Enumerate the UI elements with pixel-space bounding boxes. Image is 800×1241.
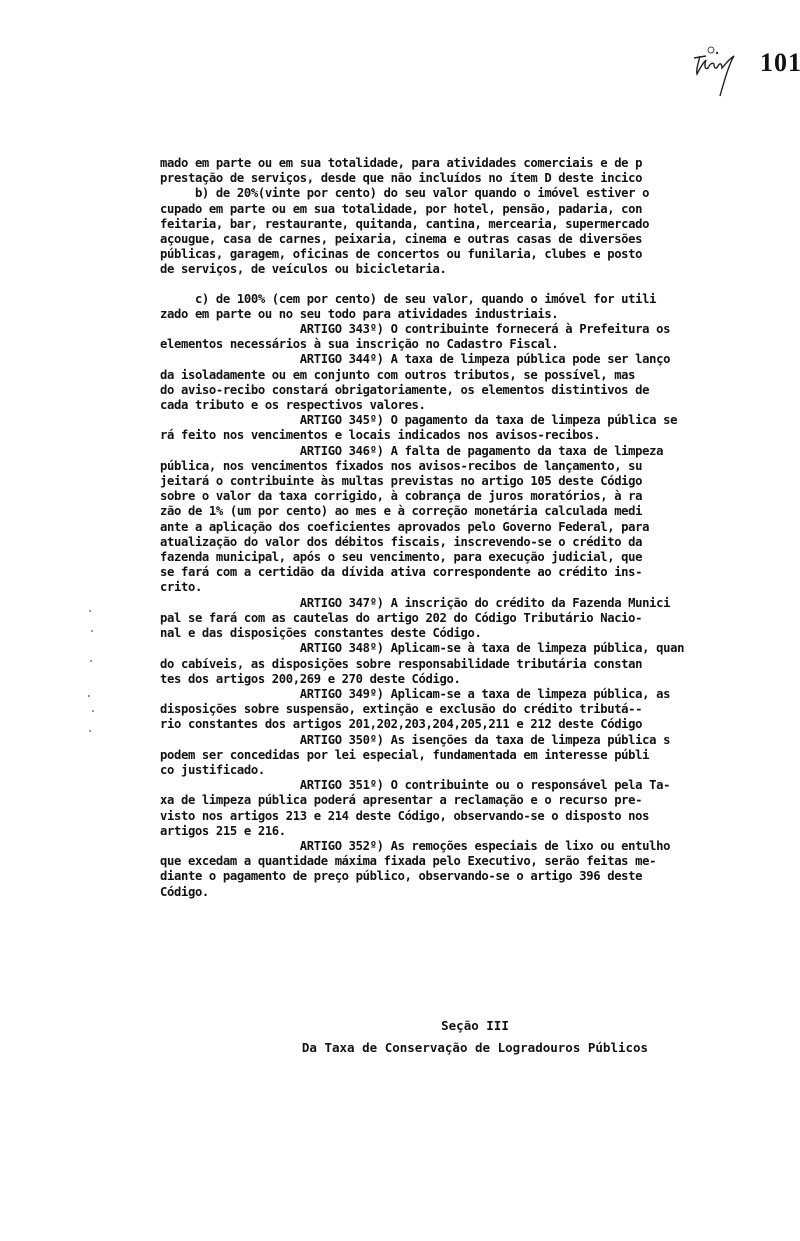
- text-line: elementos necessários à sua inscrição no…: [160, 337, 790, 352]
- text-line: prestação de serviços, desde que não inc…: [160, 171, 790, 186]
- text-line: ARTIGO 348º) Aplicam-se à taxa de limpez…: [160, 641, 790, 656]
- text-line: da isoladamente ou em conjunto com outro…: [160, 368, 790, 383]
- text-line: do aviso-recibo constará obrigatoriament…: [160, 383, 790, 398]
- text-line: fazenda municipal, após o seu vencimento…: [160, 550, 790, 565]
- text-line: ARTIGO 350º) As isenções da taxa de limp…: [160, 733, 790, 748]
- paragraph-gap: [160, 278, 790, 292]
- text-line: ARTIGO 352º) As remoções especiais de li…: [160, 839, 790, 854]
- text-line: ARTIGO 344º) A taxa de limpeza pública p…: [160, 352, 790, 367]
- text-line: ante a aplicação dos coeficientes aprova…: [160, 520, 790, 535]
- text-line: de serviços, de veículos ou bicicletaria…: [160, 262, 790, 277]
- signature-mark-icon: [690, 40, 750, 100]
- text-line: sobre o valor da taxa corrigido, à cobra…: [160, 489, 790, 504]
- text-line: tes dos artigos 200,269 e 270 deste Códi…: [160, 672, 790, 687]
- text-line: atualização do valor dos débitos fiscais…: [160, 535, 790, 550]
- page-number-block: 101: [690, 40, 800, 100]
- text-line: xa de limpeza pública poderá apresentar …: [160, 793, 790, 808]
- text-line: públicas, garagem, oficinas de concertos…: [160, 247, 790, 262]
- text-line: ARTIGO 351º) O contribuinte ou o respons…: [160, 778, 790, 793]
- text-line: disposições sobre suspensão, extinção e …: [160, 702, 790, 717]
- text-line: Código.: [160, 885, 790, 900]
- page-number: 101: [760, 48, 800, 78]
- text-line: co justificado.: [160, 763, 790, 778]
- text-line: zado em parte ou no seu todo para ativid…: [160, 307, 790, 322]
- text-line: do cabíveis, as disposições sobre respon…: [160, 657, 790, 672]
- text-line: artigos 215 e 216.: [160, 824, 790, 839]
- text-line: rio constantes dos artigos 201,202,203,2…: [160, 717, 790, 732]
- text-line: ARTIGO 346º) A falta de pagamento da tax…: [160, 444, 790, 459]
- text-line: se fará com a certidão da dívida ativa c…: [160, 565, 790, 580]
- text-line: nal e das disposições constantes deste C…: [160, 626, 790, 641]
- section-heading: Seção III: [160, 1018, 790, 1033]
- text-line: cupado em parte ou em sua totalidade, po…: [160, 202, 790, 217]
- text-line: c) de 100% (cem por cento) de seu valor,…: [160, 292, 790, 307]
- text-line: jeitará o contribuinte às multas previst…: [160, 474, 790, 489]
- text-line: ARTIGO 349º) Aplicam-se a taxa de limpez…: [160, 687, 790, 702]
- text-line: ARTIGO 345º) O pagamento da taxa de limp…: [160, 413, 790, 428]
- text-line: crito.: [160, 580, 790, 595]
- text-line: pal se fará com as cautelas do artigo 20…: [160, 611, 790, 626]
- text-line: cada tributo e os respectivos valores.: [160, 398, 790, 413]
- text-line: ARTIGO 343º) O contribuinte fornecerá à …: [160, 322, 790, 337]
- section-title: Da Taxa de Conservação de Logradouros Pú…: [160, 1040, 790, 1055]
- text-line: zão de 1% (um por cento) ao mes e à corr…: [160, 504, 790, 519]
- text-line: ARTIGO 347º) A inscrição do crédito da F…: [160, 596, 790, 611]
- text-line: que excedam a quantidade máxima fixada p…: [160, 854, 790, 869]
- text-line: feitaria, bar, restaurante, quitanda, ca…: [160, 217, 790, 232]
- text-line: diante o pagamento de preço público, obs…: [160, 869, 790, 884]
- text-line: açougue, casa de carnes, peixaria, cinem…: [160, 232, 790, 247]
- text-line: mado em parte ou em sua totalidade, para…: [160, 156, 790, 171]
- text-line: b) de 20%(vinte por cento) do seu valor …: [160, 186, 790, 201]
- document-body: mado em parte ou em sua totalidade, para…: [160, 156, 790, 900]
- text-line: rá feito nos vencimentos e locais indica…: [160, 428, 790, 443]
- text-line: podem ser concedidas por lei especial, f…: [160, 748, 790, 763]
- scan-specks: [85, 600, 105, 760]
- text-line: visto nos artigos 213 e 214 deste Código…: [160, 809, 790, 824]
- text-line: pública, nos vencimentos fixados nos avi…: [160, 459, 790, 474]
